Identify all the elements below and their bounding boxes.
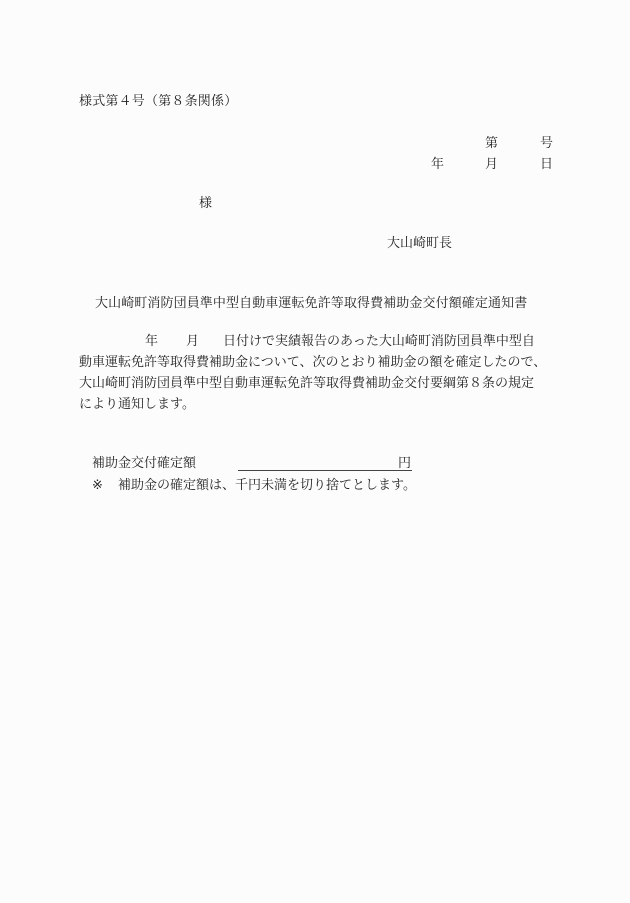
reference-mark-icon: ※: [92, 478, 118, 494]
body-line-1: 年月日付けで実績報告のあった大山崎町消防団員準中型自: [79, 331, 555, 352]
body-month-label: 月: [186, 334, 199, 349]
body-year-label: 年: [145, 334, 158, 349]
rounding-note: ※補助金の確定額は、千円未満を切り捨てとします。: [92, 478, 416, 494]
body-line-3: 大山崎町消防団員準中型自動車運転免許等取得費補助金交付要綱第８条の規定: [79, 373, 555, 394]
document-title: 大山崎町消防団員準中型自動車運転免許等取得費補助金交付額確定通知書: [95, 296, 527, 312]
body-paragraph: 年月日付けで実績報告のあった大山崎町消防団員準中型自 動車運転免許等取得費補助金…: [79, 331, 555, 415]
amount-label: 補助金交付確定額: [92, 456, 196, 472]
document-number-suffix: 号: [540, 136, 553, 152]
amount-unit: 円: [398, 456, 411, 472]
amount-blank-line: [238, 470, 412, 471]
recipient-honorific: 様: [199, 196, 212, 212]
body-line-2: 動車運転免許等取得費補助金について、次のとおり補助金の額を確定したので、: [79, 352, 555, 373]
date-month-label: 月: [485, 157, 498, 173]
sender-name: 大山崎町長: [387, 236, 452, 252]
rounding-note-text: 補助金の確定額は、千円未満を切り捨てとします。: [118, 478, 416, 493]
body-line-1-text: 日付けで実績報告のあった大山崎町消防団員準中型自: [223, 334, 535, 349]
document-number-prefix: 第: [485, 136, 498, 152]
date-day-label: 日: [540, 157, 553, 173]
date-year-label: 年: [431, 157, 444, 173]
form-label: 様式第４号（第８条関係）: [79, 94, 237, 110]
body-line-4: により通知します。: [79, 394, 555, 415]
